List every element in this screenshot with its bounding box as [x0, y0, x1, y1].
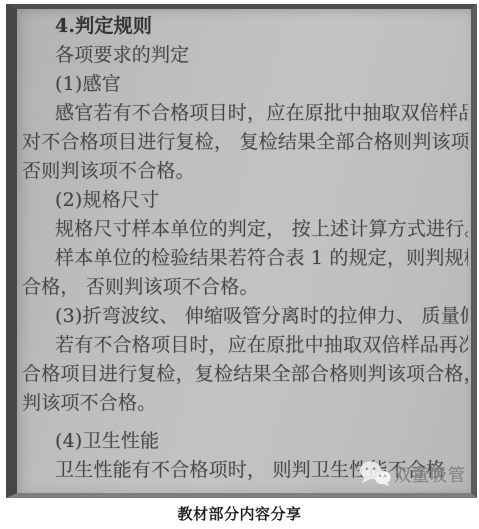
- text-line: 否则判该项不合格。: [21, 157, 468, 186]
- text-line: 规格尺寸样本单位的判定， 按上述计算方式进行。: [21, 215, 468, 244]
- section-heading: 4.判定规则: [21, 12, 468, 41]
- watermark-text: 双童吸管: [394, 461, 466, 486]
- item-3-heading: (3)折弯波纹、 伸缩吸管分离时的拉伸力、 质量偏差: [21, 302, 468, 331]
- item-1-heading: (1)感官: [21, 70, 468, 99]
- textbook-photo: 4.判定规则 各项要求的判定 (1)感官 感官若有不合格项目时，应在原批中抽取双…: [6, 4, 477, 498]
- text-line: 对不合格项目进行复检， 复检结果全部合格则判该项合格，: [21, 128, 468, 157]
- caption: 教材部分内容分享: [0, 503, 479, 524]
- page-text-block: 4.判定规则 各项要求的判定 (1)感官 感官若有不合格项目时，应在原批中抽取双…: [17, 9, 471, 493]
- wechat-icon: [359, 460, 391, 487]
- text-line: 合格， 否则判该项不合格。: [21, 273, 468, 302]
- item-4-heading: (4)卫生性能: [21, 427, 468, 456]
- text-line: 感官若有不合格项目时，应在原批中抽取双倍样品再次: [21, 99, 468, 128]
- text-line: 各项要求的判定: [21, 41, 468, 70]
- page-canvas: 4.判定规则 各项要求的判定 (1)感官 感官若有不合格项目时，应在原批中抽取双…: [0, 0, 479, 529]
- text-line: 若有不合格项目时，应在原批中抽取双倍样品再次对不: [21, 331, 468, 360]
- text-line: 合格项目进行复检，复检结果全部合格则判该项合格，否则: [21, 360, 468, 389]
- text-line: 样本单位的检验结果若符合表 1 的规定，则判规格尺寸: [21, 244, 468, 273]
- watermark: 双童吸管: [359, 460, 466, 487]
- text-line: 判该项不合格。: [21, 389, 468, 418]
- item-2-heading: (2)规格尺寸: [21, 186, 468, 215]
